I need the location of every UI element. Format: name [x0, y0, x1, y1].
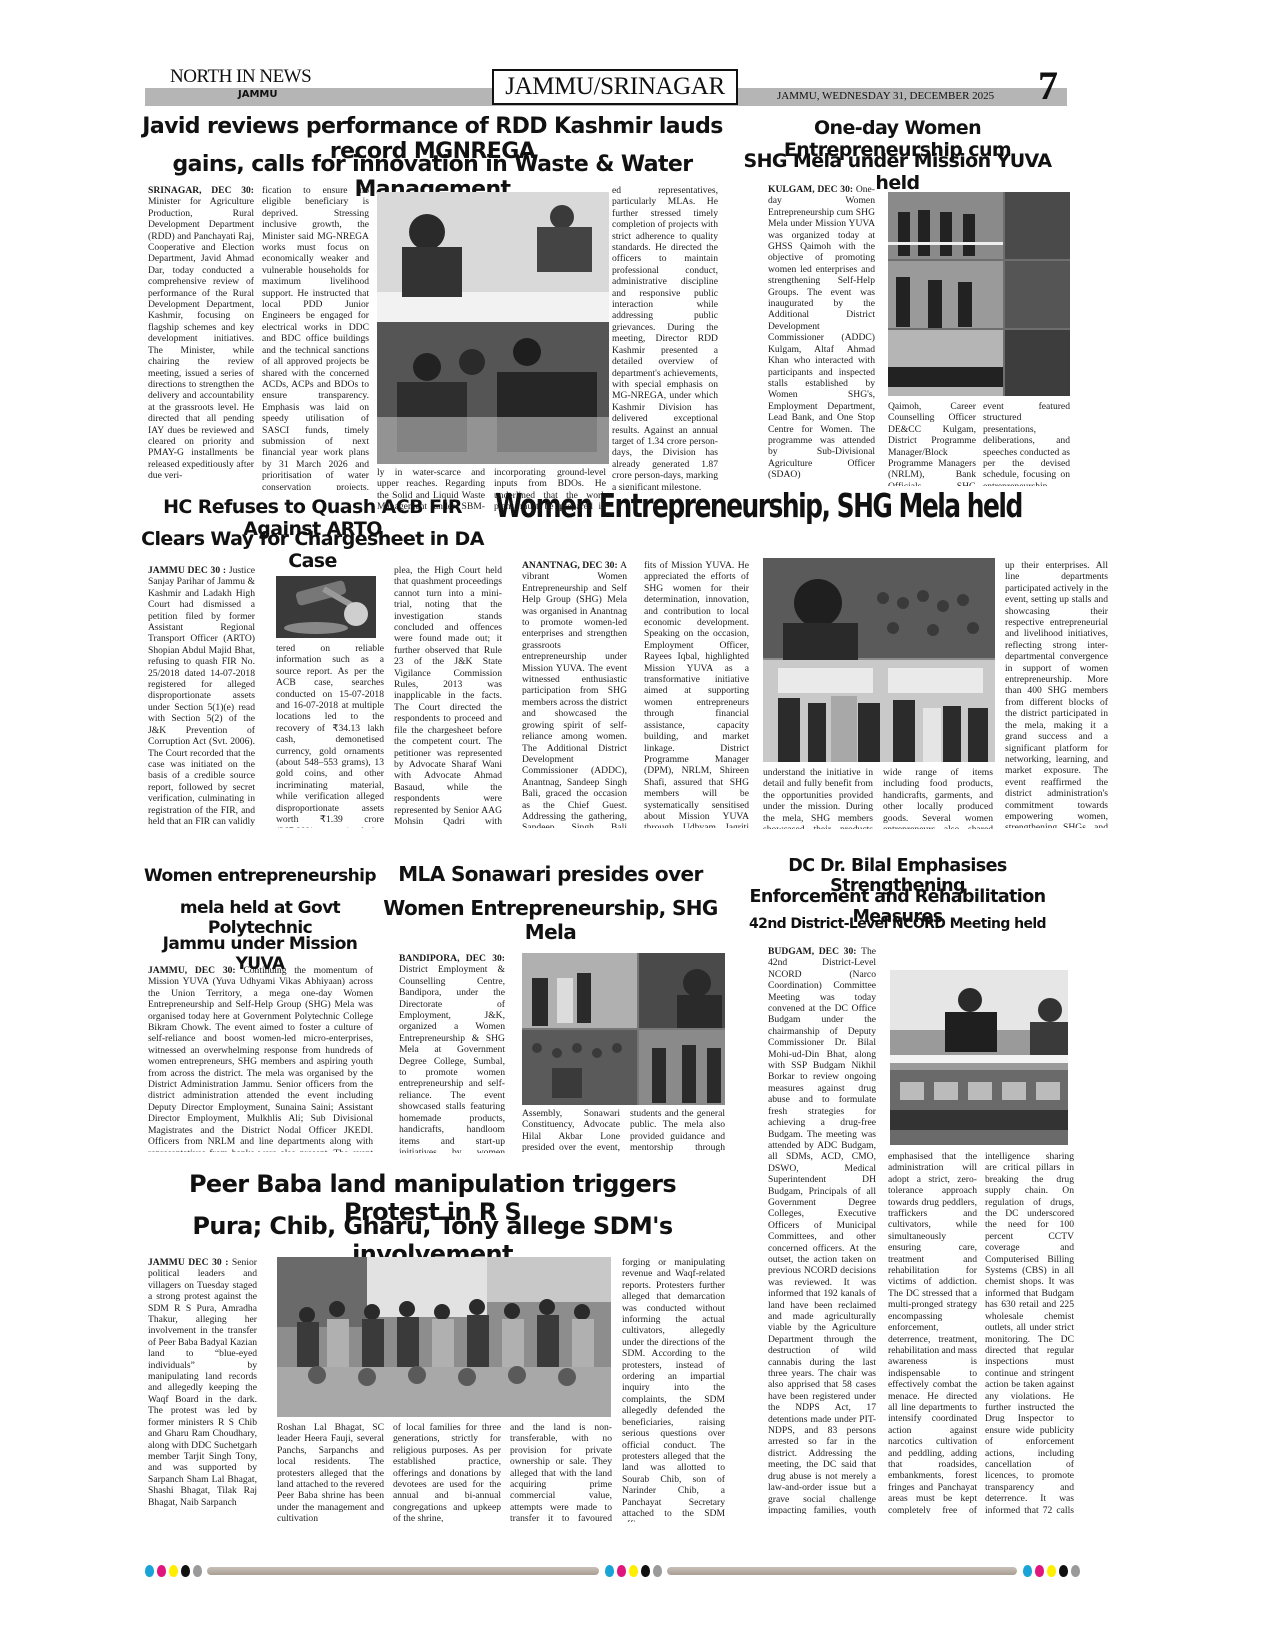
article-peerbaba-col3: of local families for three generations,…: [393, 1422, 501, 1522]
body-text: District Employment & Counselling Centre…: [399, 964, 505, 1153]
photo-gavel: [276, 576, 376, 638]
article-kulgam-col2: Qaimoh, Career Counselling Officer DE&CC…: [888, 401, 976, 486]
article-hc-col1: JAMMU DEC 30 : Justice Sanjay Parihar of…: [148, 565, 255, 827]
article-polytechnic-body: JAMMU, DEC 30: Continuing the momentum o…: [148, 965, 373, 1152]
registration-bar: [145, 1563, 1075, 1579]
magenta-registration-dot: [1035, 1565, 1044, 1577]
dateline: ANANTNAG, DEC 30: [522, 560, 614, 571]
grey-registration-dot: [193, 1565, 202, 1577]
article-anantnag-col3: understand the initiative in detail and …: [763, 767, 873, 829]
article-peerbaba-col2: Roshan Lal Bhagat, SC leader Heera Fauji…: [277, 1422, 384, 1522]
cyan-registration-dot: [1023, 1565, 1032, 1577]
body-text: One-day Women Entrepreneurship cum SHG M…: [768, 184, 875, 480]
article-rdd-col1: SRINAGAR, DEC 30: Minister for Agricultu…: [148, 185, 254, 490]
dateline: SRINAGAR, DEC 30: [148, 185, 251, 196]
photo-anantnag-mela: [763, 558, 995, 762]
grey-registration-dot: [1071, 1565, 1080, 1577]
body-text: Continuing the momentum of Mission YUVA …: [148, 965, 373, 1152]
body-text: Justice Sanjay Parihar of Jammu & Kashmi…: [148, 565, 255, 827]
section-title: JAMMU/SRINAGAR: [492, 69, 738, 105]
body-text: Senior political leaders and villagers o…: [148, 1257, 257, 1508]
article-budgam-col3: intelligence sharing are critical pillar…: [985, 1151, 1074, 1514]
magenta-registration-dot: [617, 1565, 626, 1577]
dateline: BANDIPORA, DEC 30: [399, 953, 502, 964]
photo-bandipora-collage: [522, 953, 725, 1105]
article-hc-col2: tered on reliable information such as a …: [276, 643, 384, 828]
body-text: The 42nd District-Level NCORD (Narco Coo…: [768, 946, 876, 1514]
headline-bandipora-1: MLA Sonawari presides over: [378, 862, 723, 886]
cyan-registration-dot: [145, 1565, 154, 1577]
article-anantnag-col2: fits of Mission YUVA. He appreciated the…: [644, 560, 749, 828]
body-text: Minister for Agriculture Production, Rur…: [148, 196, 254, 481]
article-bandipora-col3: students and the general public. The mel…: [630, 1108, 725, 1154]
paper-name: NORTH IN NEWS: [170, 66, 311, 88]
photo-rdd-meeting: [377, 192, 609, 464]
article-anantnag-col4: wide range of items including food produ…: [883, 767, 993, 829]
rule-bar: [207, 1567, 599, 1575]
cyan-registration-dot: [605, 1565, 614, 1577]
magenta-registration-dot: [157, 1565, 166, 1577]
edition-label: JAMMU: [238, 89, 277, 100]
headline-anantnag: Women Entrepreneurship, SHG Mela held: [495, 486, 1070, 525]
dateline-header: JAMMU, WEDNESDAY 31, DECEMBER 2025: [777, 90, 994, 102]
headline-polytechnic-1: Women entrepreneurship: [140, 866, 380, 886]
photo-kulgam-collage: [888, 192, 1070, 396]
article-peerbaba-col1: JAMMU DEC 30 : Senior political leaders …: [148, 1257, 257, 1522]
rule-bar: [667, 1567, 1017, 1575]
article-bandipora-col2: Assembly, Sonawari Constituency, Advocat…: [522, 1108, 620, 1154]
grey-registration-dot: [653, 1565, 662, 1577]
black-registration-dot: [641, 1565, 650, 1577]
subhead-budgam: 42nd District-Level NCORD Meeting held: [725, 916, 1070, 932]
dateline: JAMMU, DEC 30: [148, 965, 232, 976]
headline-polytechnic-2: mela held at Govt Polytechnic: [140, 898, 380, 938]
article-peerbaba-col4: and the land is non-transferable, with n…: [510, 1422, 612, 1522]
black-registration-dot: [181, 1565, 190, 1577]
black-registration-dot: [1059, 1565, 1068, 1577]
article-rdd-col2: fication to ensure no eligible beneficia…: [262, 185, 369, 490]
article-kulgam-col1: KULGAM, DEC 30: One-day Women Entreprene…: [768, 184, 875, 484]
article-bandipora-col1: BANDIPORA, DEC 30: District Employment &…: [399, 953, 505, 1153]
article-anantnag-col5: up their enterprises. All line departmen…: [1005, 560, 1108, 828]
photo-protest: [277, 1257, 611, 1417]
article-kulgam-col3: event featured structured presentations,…: [983, 401, 1070, 486]
article-hc-col3: plea, the High Court held that quashment…: [394, 565, 502, 828]
article-peerbaba-col5: forging or manipulating revenue and Waqf…: [622, 1257, 725, 1522]
dateline: BUDGAM, DEC 30: [768, 946, 853, 957]
article-rdd-col5: ed representatives, particularly MLAs. H…: [612, 185, 718, 490]
article-budgam-col2: emphasised that the administration will …: [888, 1151, 977, 1514]
dateline: JAMMU DEC 30: [148, 565, 220, 576]
body-text: A vibrant Women Entrepreneurship and Sel…: [522, 560, 627, 828]
headline-bandipora-2: Women Entrepreneurship, SHG Mela: [378, 896, 723, 944]
page-number: 7: [1038, 62, 1058, 109]
dateline: KULGAM, DEC 30: [768, 184, 850, 195]
yellow-registration-dot: [169, 1565, 178, 1577]
article-budgam-col1: BUDGAM, DEC 30: The 42nd District-Level …: [768, 946, 876, 1514]
article-anantnag-col1: ANANTNAG, DEC 30: A vibrant Women Entrep…: [522, 560, 627, 828]
dateline: JAMMU DEC 30: [148, 1257, 222, 1268]
yellow-registration-dot: [1047, 1565, 1056, 1577]
photo-ncord-meeting: [890, 970, 1068, 1145]
yellow-registration-dot: [629, 1565, 638, 1577]
